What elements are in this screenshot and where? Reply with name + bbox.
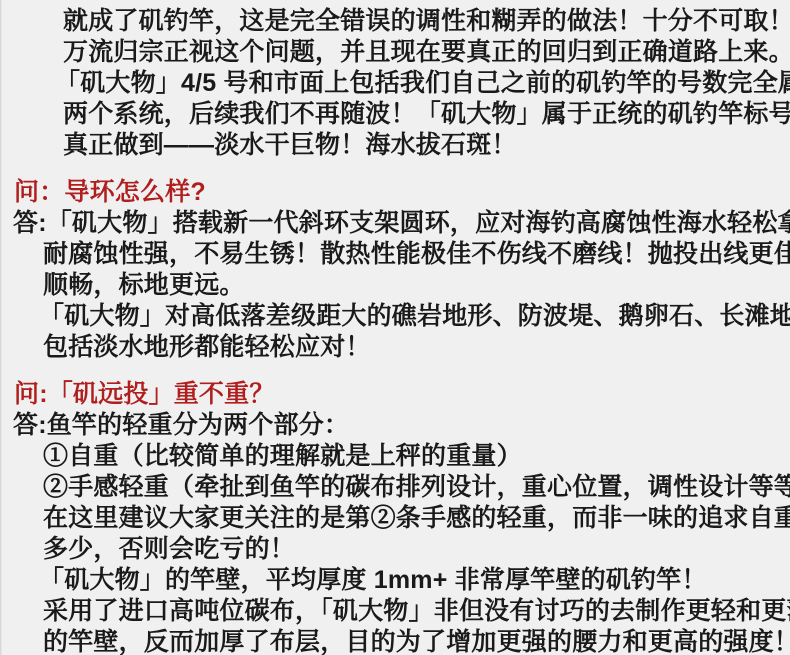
intro-paragraph: 就成了矶钓竿，这是完全错误的调性和糊弄的做法！十分不可取！ 万流归宗正视这个问题… bbox=[0, 6, 790, 161]
text-line: 就成了矶钓竿，这是完全错误的调性和糊弄的做法！十分不可取！ bbox=[0, 6, 790, 37]
article-page: 就成了矶钓竿，这是完全错误的调性和糊弄的做法！十分不可取！ 万流归宗正视这个问题… bbox=[0, 0, 790, 655]
answer-line: 采用了进口高吨位碳布，「矶大物」非但没有讨巧的去制作更轻和更薄 bbox=[0, 596, 790, 627]
question-line: 问：导环怎么样? bbox=[0, 177, 790, 208]
text-line: 万流归宗正视这个问题，并且现在要真正的回归到正确道路上来。 bbox=[0, 37, 790, 68]
answer-line: ②手感轻重（牵扯到鱼竿的碳布排列设计，重心位置，调性设计等等） bbox=[0, 472, 790, 503]
answer-line: 顺畅，标地更远。 bbox=[0, 270, 790, 301]
answer-line: ①自重（比较简单的理解就是上秤的重量） bbox=[0, 441, 790, 472]
answer-line: 的竿壁，反而加厚了布层，目的为了增加更强的腰力和更高的强度！ bbox=[0, 627, 790, 655]
question-line: 问:「矶远投」重不重？ bbox=[0, 379, 790, 410]
answer-line: 答:鱼竿的轻重分为两个部分： bbox=[0, 410, 790, 441]
text-line: 真正做到——淡水干巨物！海水拔石斑！ bbox=[0, 130, 790, 161]
answer-line: 「矶大物」对高低落差级距大的礁岩地形、防波堤、鹅卵石、长滩地形 bbox=[0, 301, 790, 332]
qa-section-guide-ring: 问：导环怎么样? 答:「矶大物」搭载新一代斜环支架圆环，应对海钓高腐蚀性海水轻松… bbox=[0, 177, 790, 363]
text-line: 「矶大物」4/5 号和市面上包括我们自己之前的矶钓竿的号数完全属于 bbox=[0, 68, 790, 99]
qa-section-weight: 问:「矶远投」重不重？ 答:鱼竿的轻重分为两个部分： ①自重（比较简单的理解就是… bbox=[0, 379, 790, 655]
answer-line: 在这里建议大家更关注的是第②条手感的轻重，而非一味的追求自重 bbox=[0, 503, 790, 534]
answer-line: 包括淡水地形都能轻松应对！ bbox=[0, 332, 790, 363]
text-line: 两个系统，后续我们不再随波！「矶大物」属于正统的矶钓竿标号！ bbox=[0, 99, 790, 130]
answer-line: 多少，否则会吃亏的！ bbox=[0, 534, 790, 565]
answer-line: 耐腐蚀性强，不易生锈！散热性能极佳不伤线不磨线！抛投出线更佳 bbox=[0, 239, 790, 270]
answer-line: 「矶大物」的竿壁，平均厚度 1mm+ 非常厚竿壁的矶钓竿！ bbox=[0, 565, 790, 596]
answer-line: 答:「矶大物」搭载新一代斜环支架圆环，应对海钓高腐蚀性海水轻松拿捏！ bbox=[0, 208, 790, 239]
